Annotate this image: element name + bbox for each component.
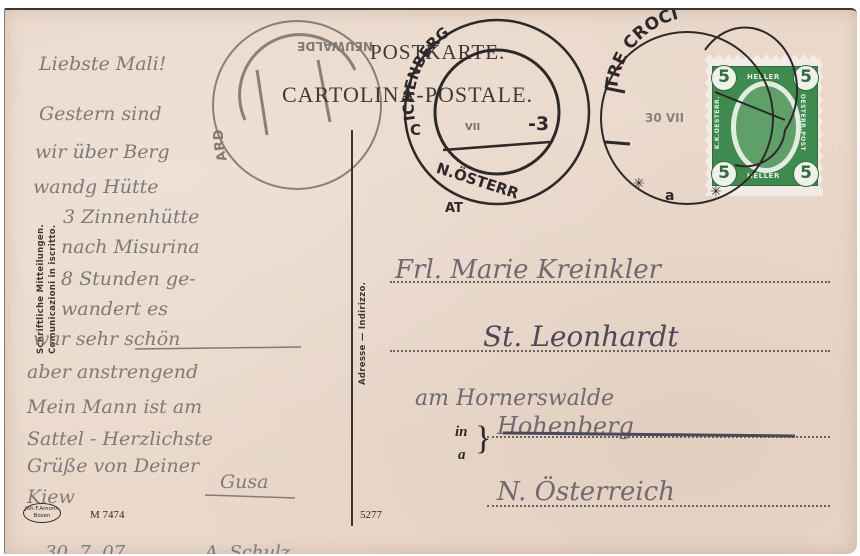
message-line: wandert es [61,298,168,320]
brace: } [475,420,491,458]
stamp-value-bl: 5 [711,161,737,187]
svg-text:VII: VII [465,122,480,133]
stamp-value-br: 5 [793,161,819,187]
address-line-3 [487,436,830,438]
address-label: Adresse — Indirizzo. [358,282,368,385]
svg-text:✳: ✳ [633,176,645,192]
publisher-mark: Joh.F.Amonn Bozen [23,503,61,523]
message-line: Sattel - Herzlichste [27,428,213,450]
message-line: Gusa [220,471,269,493]
message-handwriting: Liebste Mali! Gestern sind wir über Berg… [26,53,301,554]
message-line: Grüße von Deiner [27,455,201,477]
svg-text:30 VII: 30 VII [645,111,684,125]
a-label: a [458,447,466,464]
address-line: N. Österreich [496,475,675,507]
message-line: wir über Berg [35,141,170,163]
message-line: Mein Mann ist am [26,396,202,418]
stamp-top-text: HELLER [747,73,780,81]
svg-text:ARD: ARD [212,129,231,163]
address-line: St. Leonhardt [483,320,679,353]
address-line: am Hornerswalde [415,386,614,411]
message-line: 8 Stunden ge- [61,268,196,290]
address-handwriting: Frl. Marie Kreinkler St. Leonhardt am Ho… [394,255,795,507]
message-line: Liebste Mali! [38,53,166,75]
svg-text:a: a [665,188,674,204]
message-line: Gestern sind [39,103,162,125]
stamp-left-text: K.K.OESTERR. [714,96,721,149]
svg-text:TRE CROCI: TRE CROCI [602,10,680,91]
message-line: wandg Hütte [33,176,159,198]
card-number: 5277 [360,509,382,521]
message-label-german: Schriftliche Mitteilungen. [36,224,46,354]
publisher-name: Joh.F.Amonn [24,506,60,513]
message-line: nach Misurina [61,236,200,258]
stamp-value-tr: 5 [793,65,819,91]
name-signature: A. Schulz [203,542,291,554]
series-number: M 7474 [90,509,125,521]
header-cartolina-postale: CARTOLINA-POSTALE. [282,82,533,108]
postcard: POSTKARTE. CARTOLINA-POSTALE. Schriftlic… [4,8,857,554]
in-label: in [455,424,468,441]
postage-stamp: HELLER HELLER OESTERR.POST K.K.OESTERR. … [705,54,823,196]
publisher-city: Bozen [24,513,60,520]
svg-text:C: C [410,121,421,139]
svg-text:NEUWALDE: NEUWALDE [297,39,373,53]
stamp-frame: HELLER HELLER OESTERR.POST K.K.OESTERR. … [712,66,818,186]
stamp-value-tl: 5 [711,65,737,91]
stamp-bottom-text: HELLER [747,172,780,180]
address-line-4 [487,505,830,507]
stamp-right-text: OESTERR.POST [799,94,806,151]
date-signature: 30. 7. 07. [45,542,131,554]
svg-text:N.ÖSTERR: N.ÖSTERR [434,158,522,203]
message-line: aber anstrengend [27,361,198,383]
stamp-portrait [731,81,801,173]
header-postkarte: POSTKARTE. [370,40,505,65]
message-label-italian: Comunicazioni in iscritto. [48,225,58,354]
message-line: 3 Zinnenhütte [63,206,199,228]
svg-text:AT: AT [445,201,463,216]
address-line-1 [390,281,830,283]
divider-line [351,130,353,526]
address-line-2 [390,350,830,352]
svg-text:-3: -3 [528,113,549,135]
